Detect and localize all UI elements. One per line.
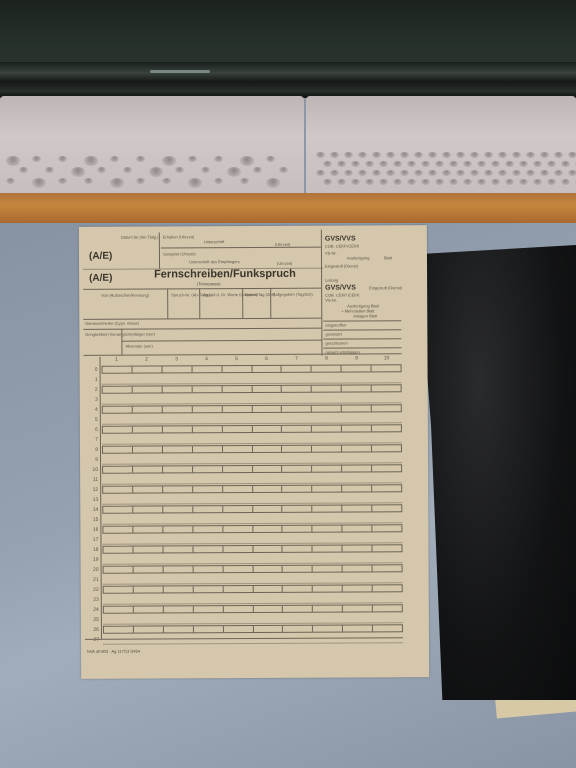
grid-cell[interactable] — [163, 466, 193, 472]
grid-cell[interactable] — [343, 625, 373, 631]
grid-cell[interactable] — [222, 406, 252, 412]
grid-cell[interactable] — [164, 626, 194, 632]
foam-hole — [136, 178, 145, 184]
grid-cell[interactable] — [103, 367, 133, 373]
foam-hole — [351, 179, 360, 185]
foam-hole — [533, 179, 542, 185]
foam-hole — [136, 156, 145, 162]
grid-column-header: 7 — [281, 356, 311, 364]
foam-hole — [414, 152, 423, 158]
grid-cell[interactable] — [373, 605, 402, 611]
grid-cell[interactable] — [163, 546, 193, 552]
grid-cell[interactable] — [223, 546, 253, 552]
foam-hole — [407, 179, 416, 185]
foam-hole — [512, 152, 521, 158]
row-number: 2 — [86, 387, 98, 393]
field-uhrzeit-2-label: (Uhrzeit) — [277, 261, 292, 266]
foam-hole — [442, 170, 451, 176]
foam-hole — [175, 167, 184, 173]
grid-cell[interactable] — [134, 626, 164, 632]
row-number: 4 — [86, 407, 98, 413]
foam-hole — [110, 156, 119, 162]
foam-hole — [71, 167, 85, 177]
row-cells — [103, 564, 403, 574]
grid-cell[interactable] — [343, 585, 373, 591]
foam-hole — [463, 179, 472, 185]
grid-cell[interactable] — [134, 586, 164, 592]
foam-hole — [547, 179, 556, 185]
foam-hole — [512, 170, 521, 176]
form-title: Fernschreiben/Funkspruch — [154, 268, 296, 281]
foam-hole — [400, 152, 409, 158]
grid-cell[interactable] — [283, 466, 313, 472]
grid-cell[interactable] — [104, 567, 134, 573]
grid-cell[interactable] — [373, 525, 402, 531]
grid-cell[interactable] — [372, 445, 401, 451]
grid-cell[interactable] — [373, 585, 402, 591]
foam-hole — [19, 167, 28, 173]
grid-cell[interactable] — [164, 586, 194, 592]
row-number: 17 — [86, 537, 98, 543]
foam-block-right — [306, 96, 576, 196]
grid-cell[interactable] — [163, 406, 193, 412]
foam-hole — [58, 178, 67, 184]
row-cells — [103, 624, 403, 634]
grid-cell[interactable] — [103, 527, 133, 533]
grid-cell[interactable] — [162, 366, 192, 372]
foam-hole — [344, 170, 353, 176]
grid-cell[interactable] — [163, 446, 193, 452]
field-erhalten-label: Erhalten (Uhrzeit) — [163, 234, 194, 239]
row-cells — [102, 384, 402, 394]
grid-cell[interactable] — [222, 366, 252, 372]
grid-cell[interactable] — [373, 565, 402, 571]
foam-hole — [547, 161, 556, 167]
grid-cell[interactable] — [253, 486, 283, 492]
foam-hole — [6, 156, 20, 166]
grid-cell[interactable] — [282, 446, 312, 452]
grid-cell[interactable] — [343, 505, 373, 511]
grid-cell[interactable] — [313, 526, 343, 532]
grid-cell[interactable] — [134, 606, 164, 612]
grid-column-header: 1 — [101, 357, 131, 365]
classification-sub-top: COB. CEKP./CEKK — [325, 243, 359, 248]
divider — [323, 347, 401, 348]
row-number: 13 — [86, 497, 98, 503]
foam-hole — [477, 161, 486, 167]
grid-cell[interactable] — [342, 465, 372, 471]
row-number: 3 — [86, 397, 98, 403]
foam-hole — [149, 167, 163, 177]
vs-nr-right: VS-Nr. — [325, 298, 337, 303]
row-cells — [102, 524, 402, 534]
grid-cell[interactable] — [253, 626, 283, 632]
row-number: 21 — [87, 577, 99, 583]
grid-cell[interactable] — [312, 446, 342, 452]
grid-cell[interactable] — [342, 405, 372, 411]
ausfertigung-top: Ausfertigung — [347, 255, 369, 260]
grid-cell[interactable] — [342, 385, 372, 391]
grid-cell[interactable] — [252, 406, 282, 412]
grid-cell[interactable] — [313, 606, 343, 612]
grid-cell[interactable] — [193, 486, 223, 492]
classification-label-top: GVS/VVS — [325, 235, 356, 242]
row-cells — [102, 464, 402, 474]
grid-cell[interactable] — [372, 385, 401, 391]
grid-cell[interactable] — [253, 526, 283, 532]
grid-cell[interactable] — [252, 386, 282, 392]
foam-hole — [365, 179, 374, 185]
grid-cell[interactable] — [222, 386, 252, 392]
grid-cell[interactable] — [193, 466, 223, 472]
row-number: 5 — [86, 417, 98, 423]
grid-cell[interactable] — [283, 546, 313, 552]
grid-cell[interactable] — [133, 426, 163, 432]
foam-hole — [435, 179, 444, 185]
divider — [323, 338, 401, 339]
grid-cell[interactable] — [223, 586, 253, 592]
row-number: 18 — [86, 547, 98, 553]
foam-hole — [84, 178, 93, 184]
row-cells — [102, 364, 402, 374]
foam-hole — [162, 156, 176, 166]
col-aufgegeben: Aufgegeben (Tag/Zeit) — [273, 292, 313, 297]
grid-cell[interactable] — [372, 465, 401, 471]
grid-cell[interactable] — [103, 547, 133, 553]
foam-hole — [407, 161, 416, 167]
row-number: 8 — [86, 447, 98, 453]
grid-cell[interactable] — [313, 566, 343, 572]
foam-hole — [266, 156, 275, 162]
foam-hole — [386, 152, 395, 158]
form-subtitle: (Tenorpasso) — [197, 281, 220, 286]
foam-hole — [45, 167, 54, 173]
foam-hole — [435, 161, 444, 167]
foam-hole — [491, 179, 500, 185]
row-cells — [102, 544, 402, 554]
grid-cell[interactable] — [133, 406, 163, 412]
grid-cell[interactable] — [104, 587, 134, 593]
window-glass — [0, 0, 576, 70]
grid-cell[interactable] — [283, 626, 313, 632]
grid-cell[interactable] — [312, 466, 342, 472]
grid-cell[interactable] — [223, 446, 253, 452]
foam-hole — [470, 152, 479, 158]
foam-hole — [123, 167, 132, 173]
grid-cell[interactable] — [194, 626, 224, 632]
foam-hole — [519, 161, 528, 167]
grid-cell[interactable] — [223, 466, 253, 472]
foam-hole — [421, 179, 430, 185]
grid-cell[interactable] — [253, 506, 283, 512]
grid-cell[interactable] — [312, 386, 342, 392]
foam-hole — [323, 161, 332, 167]
grid-cell[interactable] — [223, 506, 253, 512]
foam-hole — [526, 152, 535, 158]
grid-cell[interactable] — [103, 427, 133, 433]
grid-column-header: 10 — [371, 355, 401, 363]
grid-cell[interactable] — [163, 486, 193, 492]
foam-hole — [491, 161, 500, 167]
foam-hole — [201, 167, 210, 173]
foam-hole — [414, 170, 423, 176]
grid-column-header: 8 — [311, 356, 341, 364]
foam-hole — [456, 170, 465, 176]
row-number: 20 — [87, 567, 99, 573]
row-number: 26 — [87, 627, 99, 633]
row-cells — [103, 584, 403, 594]
grid-cell[interactable] — [193, 546, 223, 552]
foam-hole — [358, 152, 367, 158]
foam-hole — [253, 167, 262, 173]
row-number: 7 — [86, 437, 98, 443]
foam-hole — [533, 161, 542, 167]
divider — [323, 329, 401, 330]
grid-cell[interactable] — [104, 607, 134, 613]
grid-cell[interactable] — [282, 366, 312, 372]
grid-cell[interactable] — [373, 545, 402, 551]
grid-cell[interactable] — [253, 546, 283, 552]
grid-cell[interactable] — [224, 626, 254, 632]
grid-cell[interactable] — [283, 606, 313, 612]
grid-cell[interactable] — [163, 566, 193, 572]
grid-cell[interactable] — [133, 506, 163, 512]
divider — [83, 288, 321, 290]
grid-cell[interactable] — [103, 467, 133, 473]
grid-cell[interactable] — [193, 506, 223, 512]
foam-hole — [279, 167, 288, 173]
foam-hole — [358, 170, 367, 176]
foam-hole — [330, 152, 339, 158]
row-number: 23 — [87, 597, 99, 603]
foam-hole — [540, 152, 549, 158]
grid-cell[interactable] — [134, 566, 164, 572]
leitung-label: Leitung — [325, 278, 338, 283]
grid-cell[interactable] — [283, 506, 313, 512]
grid-cell[interactable] — [223, 526, 253, 532]
grid-cell[interactable] — [133, 486, 163, 492]
grid-cell[interactable] — [103, 507, 133, 513]
field-unterschrift-label: Unterschrift — [204, 239, 224, 244]
foam-hole — [365, 161, 374, 167]
grid-cell[interactable] — [103, 407, 133, 413]
grid-cell[interactable] — [223, 566, 253, 572]
grid-cell[interactable] — [193, 526, 223, 532]
foam-hole — [568, 152, 576, 158]
grid-cell[interactable] — [373, 625, 402, 631]
foam-hole — [188, 178, 202, 188]
divider — [161, 247, 321, 249]
grid-cell[interactable] — [192, 406, 222, 412]
grid-cell[interactable] — [133, 386, 163, 392]
row-number: 15 — [86, 517, 98, 523]
divider — [159, 232, 160, 268]
grid-column-header: 6 — [251, 356, 281, 364]
row-number: 24 — [87, 607, 99, 613]
foam-hole — [442, 152, 451, 158]
grid-cell[interactable] — [313, 486, 343, 492]
row-cells — [102, 444, 402, 454]
rail-reflection — [150, 70, 210, 73]
dienstvermerke-label: Dienstvermerke (Cyps. etwas) — [85, 321, 139, 326]
grid-cell[interactable] — [343, 565, 373, 571]
foam-hole — [323, 179, 332, 185]
grid-cell[interactable] — [193, 586, 223, 592]
grid-cell[interactable] — [223, 486, 253, 492]
foam-hole — [386, 170, 395, 176]
divider — [270, 288, 271, 318]
foam-hole — [470, 170, 479, 176]
grid-cell[interactable] — [252, 446, 282, 452]
grid-cell[interactable] — [342, 445, 372, 451]
grid-cell[interactable] — [372, 505, 401, 511]
grid-cell[interactable] — [133, 546, 163, 552]
foam-hole — [428, 170, 437, 176]
classification-label-right: GVS/VVS — [325, 284, 356, 291]
grid-cell[interactable] — [312, 406, 342, 412]
foam-hole — [554, 152, 563, 158]
grid-cell[interactable] — [133, 446, 163, 452]
grid-cell[interactable] — [103, 387, 133, 393]
grid-cell[interactable] — [192, 366, 222, 372]
foam-hole — [32, 156, 41, 162]
row-cells — [103, 604, 403, 614]
foam-hole — [337, 161, 346, 167]
foam-hole — [379, 179, 388, 185]
grid-cell[interactable] — [283, 486, 313, 492]
gesendet-field: gesendet — [325, 332, 341, 337]
grid-cell[interactable] — [312, 366, 342, 372]
foam-hole — [477, 179, 486, 185]
field-unterschrift-empf-label: Unterschrift des Empfängers — [189, 259, 240, 264]
geschlossen-field: geschlossen — [325, 341, 347, 346]
grid-cell[interactable] — [104, 627, 134, 633]
grid-cell[interactable] — [132, 366, 162, 372]
grid-cell[interactable] — [192, 386, 222, 392]
grid-cell[interactable] — [162, 386, 192, 392]
foam-hole — [561, 161, 570, 167]
grid-cell[interactable] — [283, 566, 313, 572]
grid-cell[interactable] — [372, 425, 401, 431]
grid-cell[interactable] — [283, 586, 313, 592]
eingang-top: Eingestuft (Dienst) — [325, 263, 358, 268]
field-geeignet-label: Geeignet (Uhrzeit) — [163, 251, 196, 256]
foam-hole — [316, 170, 325, 176]
grid-cell[interactable] — [343, 545, 373, 551]
foam-hole — [421, 161, 430, 167]
grid-cell[interactable] — [312, 426, 342, 432]
window-rail — [0, 62, 576, 98]
grid-cell[interactable] — [133, 526, 163, 532]
row-cells — [102, 484, 402, 494]
grid-cell[interactable] — [253, 566, 283, 572]
grid-cell[interactable] — [163, 426, 193, 432]
grid-cell[interactable] — [253, 606, 283, 612]
grid-cell[interactable] — [193, 426, 223, 432]
foam-hole — [372, 152, 381, 158]
grid-cell[interactable] — [253, 466, 283, 472]
foam-hole — [568, 170, 576, 176]
grid-cell[interactable] — [313, 506, 343, 512]
divider — [121, 340, 321, 342]
foam-hole — [456, 152, 465, 158]
divider — [242, 288, 243, 318]
foam-hole — [266, 178, 280, 188]
grid-cell[interactable] — [282, 406, 312, 412]
grid-cell[interactable] — [163, 526, 193, 532]
grid-cell[interactable] — [313, 626, 343, 632]
grid-cell[interactable] — [103, 447, 133, 453]
foam-hole — [110, 178, 124, 188]
grid-cell[interactable] — [164, 606, 194, 612]
grid-cell[interactable] — [282, 426, 312, 432]
grid-cell[interactable] — [342, 425, 372, 431]
grid-cell[interactable] — [283, 526, 313, 532]
grid-cell[interactable] — [372, 365, 401, 371]
grid-cell[interactable] — [253, 586, 283, 592]
grid-cell[interactable] — [342, 485, 372, 491]
row-line — [103, 642, 403, 645]
blatt-top: Blatt — [384, 255, 392, 260]
grid-cell[interactable] — [342, 365, 372, 371]
grid-cell[interactable] — [193, 446, 223, 452]
foam-hole — [214, 178, 223, 184]
grid-cell[interactable] — [163, 506, 193, 512]
grid-cell[interactable] — [133, 466, 163, 472]
form-footer: NVA 40 803 · Ag 117/13 D454 — [87, 649, 140, 654]
grid-cell[interactable] — [252, 366, 282, 372]
grid-column-header: 2 — [131, 356, 161, 364]
grid-cell[interactable] — [313, 586, 343, 592]
grid-cell[interactable] — [372, 485, 401, 491]
grid-cell[interactable] — [194, 606, 224, 612]
grid-cell[interactable] — [372, 405, 401, 411]
foam-hole — [240, 178, 249, 184]
grid-cell[interactable] — [252, 426, 282, 432]
row-number: 6 — [86, 427, 98, 433]
row-cells — [102, 424, 402, 434]
row-cells — [102, 404, 402, 414]
grid-cell[interactable] — [343, 525, 373, 531]
row-number: 16 — [86, 527, 98, 533]
grid-cell[interactable] — [103, 487, 133, 493]
foam-hole — [561, 179, 570, 185]
foam-hole — [97, 167, 106, 173]
foam-hole — [316, 152, 325, 158]
grid-cell[interactable] — [223, 606, 253, 612]
divider — [167, 288, 168, 318]
vs-nr-top: VS-Nr. — [325, 251, 337, 256]
foam-hole — [428, 152, 437, 158]
ae-label-main: (A/E) — [89, 273, 112, 284]
grid-cell[interactable] — [222, 426, 252, 432]
foam-hole — [240, 156, 254, 166]
grid-cell[interactable] — [313, 546, 343, 552]
foam-hole — [393, 161, 402, 167]
foam-hole — [449, 161, 458, 167]
grid-cell[interactable] — [343, 605, 373, 611]
row-number: 19 — [87, 557, 99, 563]
row-number: 22 — [87, 587, 99, 593]
foam-hole — [379, 161, 388, 167]
foam-hole — [554, 170, 563, 176]
row-number: 14 — [86, 507, 98, 513]
grid-cell[interactable] — [193, 566, 223, 572]
grid-cell[interactable] — [282, 386, 312, 392]
foam-hole — [58, 156, 67, 162]
dringlichkeit-label: Dringlichkeit (Vorrang) — [85, 332, 125, 337]
divider — [199, 288, 200, 318]
